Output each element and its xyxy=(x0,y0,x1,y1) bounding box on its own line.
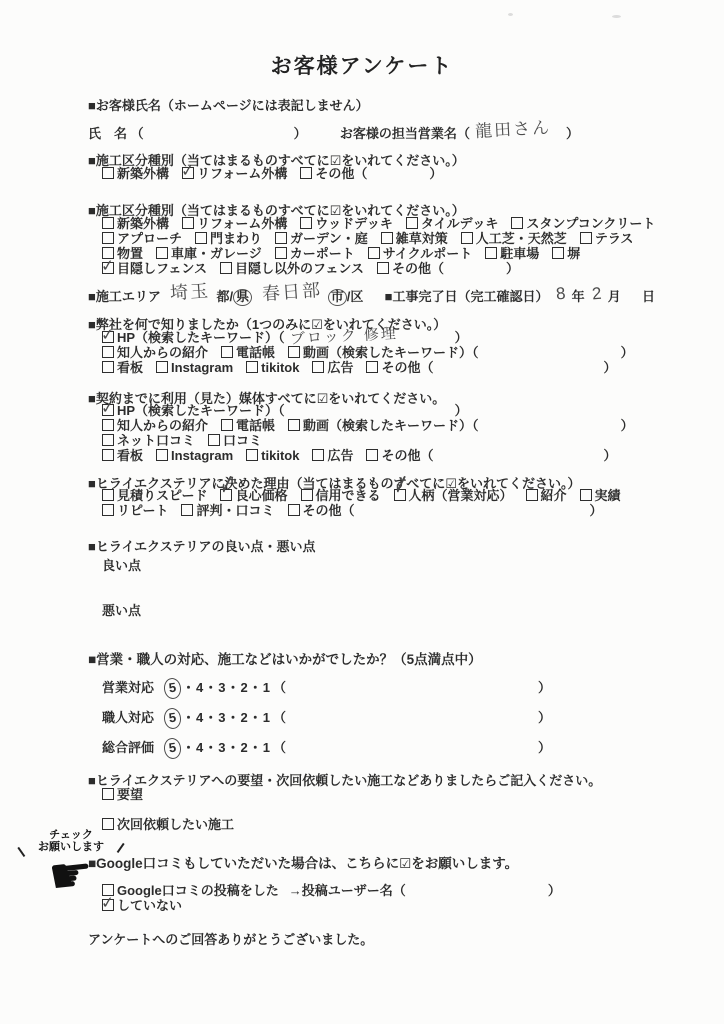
checkbox-label: 門まわり xyxy=(210,231,262,246)
google-review-header: ■Google口コミもしていただいた場合は、こちらに☑をお願いします。 xyxy=(88,852,518,872)
media-used-checklist: ✓HP（検索したキーワード）（）知人からの紹介電話帳動画（検索したキーワード）（… xyxy=(102,403,647,463)
circled-city-mark[interactable]: 市 xyxy=(328,289,347,306)
checkbox-item: その他（） xyxy=(366,448,616,463)
rating-scale[interactable]: ・4・3・2・1 xyxy=(182,710,271,725)
checkbox-label: スタンプコンクリート xyxy=(526,216,655,231)
checkbox[interactable] xyxy=(312,361,324,373)
good-points-label: 良い点 xyxy=(102,555,141,574)
customer-name-blank[interactable] xyxy=(144,129,294,140)
checkbox-label: ネット口コミ xyxy=(117,433,195,448)
checkbox-row: 知人からの紹介電話帳動画（検索したキーワード）（） xyxy=(102,418,647,433)
checkbox[interactable] xyxy=(102,489,114,501)
checkbox-label: 良心価格 xyxy=(235,488,287,503)
checkbox[interactable] xyxy=(275,232,287,244)
checkbox[interactable] xyxy=(102,346,114,358)
checkbox-item: ✓HP（検索したキーワード）（） xyxy=(102,403,468,418)
rating-comment-blank[interactable] xyxy=(286,683,538,694)
checkbox-item: tikitok xyxy=(246,360,299,375)
checkbox[interactable] xyxy=(580,232,592,244)
checkbox-row: ✓していない xyxy=(102,898,574,913)
checkbox-label: 動画（検索したキーワード） xyxy=(303,418,472,433)
checkbox-item: その他（） xyxy=(377,261,519,276)
rating-row-sales: 営業対応5・4・3・2・1（） xyxy=(102,677,551,699)
checkbox-item: 駐車場 xyxy=(485,246,539,261)
handwritten-check-icon: ✓ xyxy=(100,895,115,912)
scan-speck xyxy=(612,15,621,18)
checkbox-label: 看板 xyxy=(117,448,143,463)
paren: ） xyxy=(604,360,617,375)
paren: （ xyxy=(131,126,144,141)
checkbox-row: ✓HP（検索したキーワード）（） xyxy=(102,403,647,418)
rating-comment-blank[interactable] xyxy=(286,713,538,724)
checkbox[interactable] xyxy=(156,247,168,259)
checkbox-item: その他（） xyxy=(288,503,603,518)
checkbox-label: 車庫・ガレージ xyxy=(171,246,262,261)
checkbox[interactable] xyxy=(580,489,592,501)
checkbox-item: アプローチ xyxy=(102,231,182,246)
customer-name-header: ■お客様氏名（ホームページには表記しません） xyxy=(88,95,369,114)
checkbox-label: 人柄（営業対応） xyxy=(409,488,513,503)
checkbox-item: ウッドデッキ xyxy=(300,216,392,231)
checkbox-item: ✓良心価格 xyxy=(220,488,287,503)
checkbox-label: 電話帳 xyxy=(236,345,275,360)
checkbox[interactable] xyxy=(102,361,114,373)
fill-in-blank[interactable] xyxy=(406,886,548,897)
checkbox[interactable] xyxy=(312,449,324,461)
checkbox-label: 評判・口コミ xyxy=(196,503,274,518)
checkbox-label: 知人からの紹介 xyxy=(117,418,208,433)
checkbox-label: ウッドデッキ xyxy=(315,216,392,231)
checkbox-label: 広告 xyxy=(327,360,353,375)
checkbox-row: 見積りスピード✓良心価格信用できる✓人柄（営業対応）紹介実績 xyxy=(102,488,634,503)
rating-row-craftsman: 職人対応5・4・3・2・1（） xyxy=(102,707,551,729)
fill-in-blank[interactable] xyxy=(367,169,429,180)
checkbox[interactable] xyxy=(368,247,380,259)
checkbox-item: 新築外構 xyxy=(102,216,169,231)
handwritten-year: 8 xyxy=(555,284,568,305)
handwritten-sales-rep: 龍田さん xyxy=(474,113,551,142)
fill-in-blank[interactable] xyxy=(479,421,621,432)
circled-score-5[interactable]: 5 xyxy=(163,677,182,700)
handwritten-check-icon: ✓ xyxy=(180,163,195,180)
checkbox-label: Instagram xyxy=(171,448,233,463)
handwritten-check-icon: ✓ xyxy=(100,327,115,344)
checkbox[interactable]: ✓ xyxy=(220,489,232,501)
paren: （ xyxy=(273,680,286,695)
checkbox-item: カーポート xyxy=(275,246,355,261)
handwritten-month: 2 xyxy=(591,284,604,305)
area-label: ■施工エリア xyxy=(88,289,161,304)
checkbox-item: 車庫・ガレージ xyxy=(156,246,262,261)
checkbox[interactable] xyxy=(102,504,114,516)
checkbox-row: 次回依頼したい施工 xyxy=(102,817,247,832)
customer-name-line: 氏 名 （） お客様の担当営業名（龍田さん） xyxy=(88,120,579,142)
checkbox-label: 目隠し以外のフェンス xyxy=(235,261,364,276)
request-checklist: 要望 xyxy=(102,787,156,802)
checkbox-item: Google口コミの投稿をした→投稿ユーザー名（） xyxy=(102,883,561,898)
checkbox[interactable] xyxy=(221,346,233,358)
checkbox[interactable] xyxy=(552,247,564,259)
handwritten-check-icon: ✓ xyxy=(100,258,115,275)
checkbox-item: 電話帳 xyxy=(221,418,275,433)
checkbox-item: 広告 xyxy=(312,448,353,463)
checkbox-label: 知人からの紹介 xyxy=(117,345,208,360)
checkbox[interactable] xyxy=(195,232,207,244)
checkbox[interactable] xyxy=(366,449,378,461)
checkbox-row: 物置車庫・ガレージカーポートサイクルポート駐車場塀 xyxy=(102,246,668,261)
year-label: 年 xyxy=(572,289,585,304)
checkbox-label: していない xyxy=(117,898,182,913)
fill-in-blank[interactable] xyxy=(434,451,604,462)
checkbox-item: ✓していない xyxy=(102,898,182,913)
handwritten-check-icon: ✓ xyxy=(392,464,408,508)
checkbox-item: その他（） xyxy=(366,360,616,375)
checkbox-item: 知人からの紹介 xyxy=(102,345,208,360)
checkbox-item: ガーデン・庭 xyxy=(275,231,368,246)
checkbox-item: ネット口コミ xyxy=(102,433,195,448)
checkbox-item: 信用できる xyxy=(301,488,381,503)
checkbox-label: リフォーム外構 xyxy=(197,216,287,231)
paren: （ xyxy=(273,710,286,725)
paren: ） xyxy=(621,345,634,360)
fill-in-blank[interactable]: ブロック 修理 xyxy=(285,332,455,343)
checkbox-item: 電話帳 xyxy=(221,345,275,360)
name-label: 氏 名 xyxy=(88,126,127,141)
bad-points-label: 悪い点 xyxy=(102,600,141,619)
checkbox[interactable] xyxy=(485,247,497,259)
pref-suffix: 都/ xyxy=(216,289,233,304)
rating-label: 営業対応 xyxy=(102,680,154,695)
paren: （ xyxy=(431,261,444,276)
handwritten-city: 春日部 xyxy=(261,276,323,306)
checkbox-item: 知人からの紹介 xyxy=(102,418,208,433)
checkbox[interactable] xyxy=(381,232,393,244)
checkbox-label: 物置 xyxy=(117,246,143,261)
checkbox-row: アプローチ門まわりガーデン・庭雑草対策人工芝・天然芝テラス xyxy=(102,231,668,246)
checkbox-row: ✓目隠しフェンス目隠し以外のフェンスその他（） xyxy=(102,261,668,276)
checkbox-label: サイクルポート xyxy=(383,246,472,261)
circled-score-5[interactable]: 5 xyxy=(163,737,182,760)
paren: （ xyxy=(457,126,470,141)
handwritten-prefecture: 埼玉 xyxy=(170,277,212,306)
checkbox-label: その他 xyxy=(381,360,420,375)
rating-section-header: ■営業・職人の対応、施工などはいかがでしたか？（5点満点中） xyxy=(88,648,482,668)
circled-score-5[interactable]: 5 xyxy=(163,707,182,730)
checkbox-item: スタンプコンクリート xyxy=(511,216,655,231)
area-line: ■施工エリア 埼玉都/県 春日部市/区 ■工事完了日（完工確認日） 8年 2月 … xyxy=(88,281,655,307)
checkbox[interactable] xyxy=(406,217,418,229)
inline-note: →投稿ユーザー名 xyxy=(289,883,393,898)
paren: ） xyxy=(294,126,307,141)
checkbox-item: Instagram xyxy=(156,448,233,463)
how-found-checklist: ✓HP（検索したキーワード）（ブロック 修理）知人からの紹介電話帳動画（検索した… xyxy=(102,330,647,375)
paren: （ xyxy=(420,448,433,463)
circled-prefecture-mark[interactable]: 県 xyxy=(233,289,252,306)
paren: ） xyxy=(429,166,442,181)
checkbox-label: 要望 xyxy=(117,787,143,802)
google-review-checklist: Google口コミの投稿をした→投稿ユーザー名（）✓していない xyxy=(102,883,574,913)
checkbox-item: 看板 xyxy=(102,448,143,463)
checkbox-label: 人工芝・天然芝 xyxy=(476,231,567,246)
sales-rep-label: お客様の担当営業名 xyxy=(340,126,457,141)
checkbox[interactable] xyxy=(300,167,312,179)
fill-in-blank[interactable] xyxy=(444,264,506,275)
checkbox-row: 看板Instagramtikitok広告その他（） xyxy=(102,448,647,463)
checkbox-row: ✓HP（検索したキーワード）（ブロック 修理） xyxy=(102,330,647,345)
checkbox[interactable] xyxy=(220,262,232,274)
paren: ） xyxy=(538,680,551,695)
checkbox-label: tikitok xyxy=(261,360,299,375)
checkbox[interactable] xyxy=(300,217,312,229)
checkbox-label: 見積りスピード xyxy=(117,488,207,503)
reason-checklist: 見積りスピード✓良心価格信用できる✓人柄（営業対応）紹介実績リピート評判・口コミ… xyxy=(102,488,634,518)
month-label: 月 xyxy=(608,289,621,304)
checkbox-item: ✓HP（検索したキーワード）（ブロック 修理） xyxy=(102,330,468,345)
checkbox[interactable] xyxy=(102,788,114,800)
rating-label: 総合評価 xyxy=(102,740,154,755)
paren: ） xyxy=(538,740,551,755)
work-type2-checklist: 新築外構リフォーム外構ウッドデッキタイルデッキスタンプコンクリートアプローチ門ま… xyxy=(102,216,668,276)
checkbox[interactable] xyxy=(102,419,114,431)
checkbox-item: 目隠し以外のフェンス xyxy=(220,261,364,276)
checkbox-label: リピート xyxy=(117,503,168,518)
checkbox-item: 人工芝・天然芝 xyxy=(461,231,567,246)
checkbox-label: 塀 xyxy=(567,246,580,261)
survey-form-page: お客様アンケート ■お客様氏名（ホームページには表記しません） 氏 名 （） お… xyxy=(0,0,724,1024)
checkbox[interactable] xyxy=(511,217,523,229)
next-work-checklist: 次回依頼したい施工 xyxy=(102,817,247,832)
checkbox-item: その他（） xyxy=(300,166,442,181)
checkbox-row: ネット口コミ口コミ xyxy=(102,433,647,448)
day-label: 日 xyxy=(642,289,655,304)
checkbox-item: ✓目隠しフェンス xyxy=(102,261,207,276)
checkbox[interactable] xyxy=(102,232,114,244)
checkbox-item: 塀 xyxy=(552,246,580,261)
checkbox-item: ✓リフォーム外構 xyxy=(182,166,287,181)
checkbox-item: 雑草対策 xyxy=(381,231,448,246)
checkbox-label: Google口コミの投稿をした xyxy=(117,883,279,898)
checkbox-label: 目隠しフェンス xyxy=(117,261,207,276)
checkbox[interactable] xyxy=(377,262,389,274)
checkbox[interactable] xyxy=(526,489,538,501)
checkbox-item: 見積りスピード xyxy=(102,488,207,503)
checkbox[interactable]: ✓ xyxy=(102,899,114,911)
checkbox-item: tikitok xyxy=(246,448,299,463)
page-title: お客様アンケート xyxy=(0,50,724,80)
checkbox-label: 次回依頼したい施工 xyxy=(117,817,234,832)
checkbox[interactable]: ✓ xyxy=(102,404,114,416)
checkbox-item: タイルデッキ xyxy=(406,216,498,231)
checkbox[interactable] xyxy=(102,167,114,179)
checkbox-item: 動画（検索したキーワード）（） xyxy=(288,345,634,360)
paren: （ xyxy=(342,503,355,518)
checkbox-label: 雑草対策 xyxy=(396,231,448,246)
checkbox-row: Google口コミの投稿をした→投稿ユーザー名（） xyxy=(102,883,574,898)
checkbox[interactable]: ✓ xyxy=(394,489,406,501)
checkbox[interactable] xyxy=(288,419,300,431)
checkbox[interactable] xyxy=(221,419,233,431)
checkbox-label: 新築外構 xyxy=(117,216,169,231)
handwritten-check-icon: ✓ xyxy=(219,464,235,508)
handwritten-text: ブロック 修理 xyxy=(289,326,398,347)
checkbox-label: その他 xyxy=(392,261,431,276)
fill-in-blank[interactable] xyxy=(285,406,455,417)
paren: ） xyxy=(455,330,468,345)
checkbox[interactable]: ✓ xyxy=(182,167,194,179)
checkbox-item: 広告 xyxy=(312,360,353,375)
checkbox-item: 新築外構 xyxy=(102,166,169,181)
checkbox-row: 新築外構リフォーム外構ウッドデッキタイルデッキスタンプコンクリート xyxy=(102,216,668,231)
checkbox[interactable] xyxy=(461,232,473,244)
checkbox-item: 要望 xyxy=(102,787,143,802)
checkbox[interactable] xyxy=(182,217,194,229)
checkbox[interactable] xyxy=(156,361,168,373)
checkbox-label: その他 xyxy=(303,503,342,518)
checkbox-label: その他 xyxy=(315,166,354,181)
city-suffix: /区 xyxy=(347,289,364,304)
checkbox[interactable] xyxy=(275,247,287,259)
checkbox-label: その他 xyxy=(381,448,420,463)
checkbox-item: リピート xyxy=(102,503,168,518)
paren: ） xyxy=(604,448,617,463)
checkbox-item: テラス xyxy=(580,231,634,246)
paren: （ xyxy=(420,360,433,375)
checkbox-label: tikitok xyxy=(261,448,299,463)
scan-speck xyxy=(508,13,513,16)
checkbox-label: HP（検索したキーワード） xyxy=(117,403,278,418)
checkbox-label: ガーデン・庭 xyxy=(290,231,368,246)
checkbox-label: テラス xyxy=(595,231,634,246)
checkbox[interactable] xyxy=(102,449,114,461)
checkbox[interactable] xyxy=(181,504,193,516)
checkbox-label: 新築外構 xyxy=(117,166,169,181)
checkbox[interactable] xyxy=(102,434,114,446)
checkbox[interactable] xyxy=(288,504,300,516)
good-bad-points-header: ■ヒライエクステリアの良い点・悪い点 xyxy=(88,536,316,555)
handwritten-check-icon: ✓ xyxy=(100,400,115,417)
checkbox-label: Instagram xyxy=(171,360,233,375)
checkbox-item: ✓人柄（営業対応） xyxy=(394,488,513,503)
thanks-footer: アンケートへのご回答ありがとうございました。 xyxy=(88,929,373,948)
checkbox[interactable] xyxy=(301,489,313,501)
checkbox-row: リピート評判・口コミその他（） xyxy=(102,503,634,518)
checkbox-label: HP（検索したキーワード） xyxy=(117,330,278,345)
checkbox-item: サイクルポート xyxy=(368,246,472,261)
checkbox-label: 信用できる xyxy=(316,488,381,503)
fill-in-blank[interactable] xyxy=(479,348,621,359)
rating-row-overall: 総合評価5・4・3・2・1（） xyxy=(102,737,551,759)
checkbox-item: 動画（検索したキーワード）（） xyxy=(288,418,634,433)
paren: ） xyxy=(566,126,579,141)
sales-rep-blank[interactable]: 龍田さん xyxy=(470,120,566,131)
rating-label: 職人対応 xyxy=(102,710,154,725)
rating-comment-blank[interactable] xyxy=(286,743,538,754)
checkbox[interactable]: ✓ xyxy=(102,262,114,274)
paren: ） xyxy=(538,710,551,725)
checkbox-label: 口コミ xyxy=(223,433,262,448)
checkbox-label: 動画（検索したキーワード） xyxy=(303,345,472,360)
paren: （ xyxy=(273,740,286,755)
checkbox-row: 知人からの紹介電話帳動画（検索したキーワード）（） xyxy=(102,345,647,360)
checkbox-item: Instagram xyxy=(156,360,233,375)
paren: （ xyxy=(393,883,406,898)
rating-scale[interactable]: ・4・3・2・1 xyxy=(182,740,271,755)
checkbox-item: 紹介 xyxy=(526,488,567,503)
paren: ） xyxy=(455,403,468,418)
paren: ） xyxy=(621,418,634,433)
work-type1-checklist: 新築外構✓リフォーム外構その他（） xyxy=(102,166,455,181)
checkbox-item: リフォーム外構 xyxy=(182,216,287,231)
checkbox-label: 紹介 xyxy=(541,488,567,503)
checkbox[interactable]: ✓ xyxy=(102,331,114,343)
checkbox-label: タイルデッキ xyxy=(421,216,498,231)
rating-scale[interactable]: ・4・3・2・1 xyxy=(182,680,271,695)
checkbox-item: 口コミ xyxy=(208,433,262,448)
checkbox-label: 駐車場 xyxy=(500,246,539,261)
paren: （ xyxy=(354,166,367,181)
completion-date-label: ■工事完了日（完工確認日） xyxy=(385,289,549,304)
fill-in-blank[interactable] xyxy=(355,506,590,517)
checkbox-row: 要望 xyxy=(102,787,156,802)
checkbox-item: 門まわり xyxy=(195,231,262,246)
checkbox[interactable] xyxy=(102,217,114,229)
checkbox-label: 実績 xyxy=(595,488,621,503)
fill-in-blank[interactable] xyxy=(434,363,604,374)
paren: ） xyxy=(590,503,603,518)
checkbox-label: リフォーム外構 xyxy=(197,166,287,181)
checkbox-item: 看板 xyxy=(102,360,143,375)
checkbox-row: 新築外構✓リフォーム外構その他（） xyxy=(102,166,455,181)
checkbox[interactable] xyxy=(288,346,300,358)
checkbox-label: 電話帳 xyxy=(236,418,275,433)
paren: ） xyxy=(506,261,519,276)
checkbox-label: カーポート xyxy=(290,246,355,261)
request-header: ■ヒライエクステリアへの要望・次回依頼したい施工などありましたらご記入ください。 xyxy=(88,770,601,789)
checkbox-label: 看板 xyxy=(117,360,143,375)
checkbox[interactable] xyxy=(246,361,258,373)
checkbox-item: 実績 xyxy=(580,488,621,503)
checkbox[interactable] xyxy=(366,361,378,373)
checkbox[interactable] xyxy=(246,449,258,461)
checkbox-row: 看板Instagramtikitok広告その他（） xyxy=(102,360,647,375)
checkbox[interactable] xyxy=(156,449,168,461)
checkbox-label: アプローチ xyxy=(117,231,182,246)
paren: ） xyxy=(548,883,561,898)
stamp-text-line1: チェック xyxy=(20,829,122,841)
checkbox[interactable] xyxy=(208,434,220,446)
checkbox-label: 広告 xyxy=(327,448,353,463)
